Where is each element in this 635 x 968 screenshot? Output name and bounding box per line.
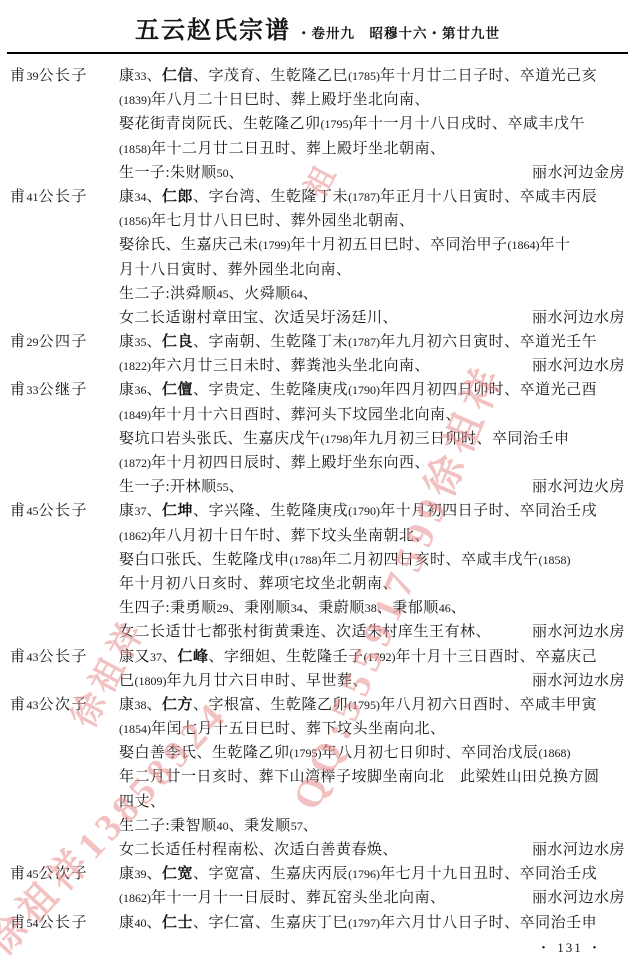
entry-line: 生一子:朱财顺50、丽水河边金房	[119, 161, 627, 185]
entry-line: (1862)年十一月十一日辰时、葬瓦窑头坐北向南、丽水河边水房	[119, 886, 627, 910]
branch-house-label: 丽水河边水房	[532, 354, 627, 378]
entry-line-text: (1856)年七月廿八日巳时、葬外园坐北朝南、	[119, 209, 415, 233]
entry-line-text: 月十八日寅时、葬外园坐北向南、	[119, 258, 352, 282]
entry-label: 甫43公长子	[10, 645, 119, 669]
entries-list: 甫39公长子 康33、仁信、字茂育、生乾隆乙巳(1785)年十月廿二日子时、卒道…	[0, 54, 635, 935]
entry-text: 康37、仁坤、字兴隆、生乾隆庚戌(1790)年十月初四日子时、卒同治壬戌(186…	[119, 499, 627, 644]
entry-label: 甫33公继子	[10, 378, 119, 402]
entry-line-text: (1822)年六月廿三日未时、葬粪池头坐北向南、	[119, 354, 430, 378]
entry-line-text: 娶徐氏、生嘉庆己未(1799)年十月初五日巳时、卒同治甲子(1864)年十	[119, 233, 571, 257]
entry-line: 康39、仁宽、字宽富、生嘉庆丙辰(1796)年七月十九日丑时、卒同治壬戌	[119, 862, 627, 886]
entry-text: 康33、仁信、字茂育、生乾隆乙巳(1785)年十月廿二日子时、卒道光己亥(183…	[119, 64, 627, 185]
entry-line: (1822)年六月廿三日未时、葬粪池头坐北向南、丽水河边水房	[119, 354, 627, 378]
entry-line: 康40、仁士、字仁富、生嘉庆丁巳(1797)年六月廿八日子时、卒同治壬申	[119, 911, 627, 935]
branch-house-label: 丽水河边水房	[532, 669, 627, 693]
genealogy-page: 五云赵氏宗谱・卷卅九 昭穆十六・第廿九世 甫39公长子 康33、仁信、字茂育、生…	[0, 0, 635, 968]
entry-line: 娶坑口岩头张氏、生嘉庆戊午(1798)年九月初三日卯时、卒同治壬申	[119, 427, 627, 451]
entry-line: 年二月廿一日亥时、葬下山湾榉子垵脚坐南向北 此梁姓山田兑换方圆	[119, 765, 627, 789]
entry-line-text: 年二月廿一日亥时、葬下山湾榉子垵脚坐南向北 此梁姓山田兑换方圆	[119, 765, 600, 789]
entry-line-text: (1862)年八月初十日午时、葬下坟头坐南朝北、	[119, 524, 430, 548]
entry-line-text: (1849)年十月十六日酉时、葬河头下坟园坐北向南、	[119, 403, 461, 427]
entry-label: 甫39公长子	[10, 64, 119, 88]
entry-line-text: (1854)年闰七月十五日巳时、葬下坟头坐南向北、	[119, 717, 446, 741]
genealogy-entry: 甫39公长子 康33、仁信、字茂育、生乾隆乙巳(1785)年十月廿二日子时、卒道…	[10, 64, 627, 185]
entry-line-text: 生一子:朱财顺50、	[119, 161, 244, 185]
entry-label: 甫45公长子	[10, 499, 119, 523]
entry-text: 康35、仁良、字南朝、生乾隆丁未(1787)年九月初六日寅时、卒道光壬午(182…	[119, 330, 627, 378]
entry-line-text: (1839)年八月二十日巳时、葬上殿圩坐北向南、	[119, 88, 430, 112]
entry-text: 康34、仁郎、字台湾、生乾隆丁未(1787)年正月十八日寅时、卒咸丰丙辰(185…	[119, 185, 627, 330]
entry-line-text: (1872)年十月初四日辰时、葬上殿圩坐东向西、	[119, 451, 430, 475]
entry-line-text: 娶白善李氏、生乾隆乙卯(1795)年八月初七日卯时、卒同治戊辰(1868)	[119, 741, 571, 765]
entry-line-text: 康36、仁儃、字贵定、生乾隆庚戌(1790)年四月初四日卯时、卒道光己酉	[119, 378, 597, 402]
genealogy-entry: 甫45公长子 康37、仁坤、字兴隆、生乾隆庚戌(1790)年十月初四日子时、卒同…	[10, 499, 627, 644]
page-subtitle: ・卷卅九 昭穆十六・第廿九世	[297, 26, 500, 41]
genealogy-entry: 甫54公长子 康40、仁士、字仁富、生嘉庆丁巳(1797)年六月廿八日子时、卒同…	[10, 911, 627, 935]
entry-line-text: 生二子:秉智顺40、秉发顺57、	[119, 814, 318, 838]
entry-line: 娶白善李氏、生乾隆乙卯(1795)年八月初七日卯时、卒同治戊辰(1868)	[119, 741, 627, 765]
entry-line: 四丈、	[119, 790, 627, 814]
entry-line: 生四子:秉勇顺29、秉刚顺34、秉蔚顺38、秉郁顺46、	[119, 596, 627, 620]
genealogy-entry: 甫43公长子 康又37、仁峰、字细妲、生乾隆壬子(1792)年十月十三日酉时、卒…	[10, 645, 627, 693]
entry-line: 康38、仁方、字根富、生乾隆乙卯(1795)年八月初六日酉时、卒咸丰甲寅	[119, 693, 627, 717]
entry-line: (1858)年十二月廿二日丑时、葬上殿圩坐北朝南、	[119, 137, 627, 161]
entry-line: (1872)年十月初四日辰时、葬上殿圩坐东向西、	[119, 451, 627, 475]
entry-line-text: 康37、仁坤、字兴隆、生乾隆庚戌(1790)年十月初四日子时、卒同治壬戌	[119, 499, 597, 523]
entry-text: 康36、仁儃、字贵定、生乾隆庚戌(1790)年四月初四日卯时、卒道光己酉(184…	[119, 378, 627, 499]
genealogy-entry: 甫29公四子 康35、仁良、字南朝、生乾隆丁未(1787)年九月初六日寅时、卒道…	[10, 330, 627, 378]
page-title: 五云赵氏宗谱	[135, 18, 291, 44]
entry-label: 甫29公四子	[10, 330, 119, 354]
entry-line: 年十月初八日亥时、葬项宅坟坐北朝南、	[119, 572, 627, 596]
entry-text: 康39、仁宽、字宽富、生嘉庆丙辰(1796)年七月十九日丑时、卒同治壬戌(186…	[119, 862, 627, 910]
page-number: ・ 131 ・	[537, 937, 603, 956]
entry-line: 生二子:洪舜顺45、火舜顺64、	[119, 282, 627, 306]
entry-line: 娶徐氏、生嘉庆己未(1799)年十月初五日巳时、卒同治甲子(1864)年十	[119, 233, 627, 257]
entry-line: 巳(1809)年九月廿六日申时、早世葬、丽水河边水房	[119, 669, 627, 693]
entry-line-text: 四丈、	[119, 790, 166, 814]
genealogy-entry: 甫41公长子 康34、仁郎、字台湾、生乾隆丁未(1787)年正月十八日寅时、卒咸…	[10, 185, 627, 330]
entry-line: 生一子:开林顺55、丽水河边火房	[119, 475, 627, 499]
entry-line-text: 康又37、仁峰、字细妲、生乾隆壬子(1792)年十月十三日酉时、卒嘉庆己	[119, 645, 597, 669]
entry-line-text: 康34、仁郎、字台湾、生乾隆丁未(1787)年正月十八日寅时、卒咸丰丙辰	[119, 185, 597, 209]
entry-line: 康35、仁良、字南朝、生乾隆丁未(1787)年九月初六日寅时、卒道光壬午	[119, 330, 627, 354]
entry-line: 女二长适谢村章田宝、次适吴圩汤廷川、丽水河边水房	[119, 306, 627, 330]
entry-line: 生二子:秉智顺40、秉发顺57、	[119, 814, 627, 838]
entry-line-text: 娶花街青岗阮氏、生乾隆乙卯(1795)年十一月十八日戌时、卒咸丰戊午	[119, 112, 585, 136]
genealogy-entry: 甫45公次子 康39、仁宽、字宽富、生嘉庆丙辰(1796)年七月十九日丑时、卒同…	[10, 862, 627, 910]
entry-line: 女二长适任村程南松、次适白善黄春焕、丽水河边水房	[119, 838, 627, 862]
entry-line-text: 女二长适任村程南松、次适白善黄春焕、	[119, 838, 398, 862]
branch-house-label: 丽水河边火房	[532, 475, 627, 499]
entry-text: 康38、仁方、字根富、生乾隆乙卯(1795)年八月初六日酉时、卒咸丰甲寅(185…	[119, 693, 627, 862]
branch-house-label: 丽水河边水房	[532, 620, 627, 644]
entry-line-text: (1858)年十二月廿二日丑时、葬上殿圩坐北朝南、	[119, 137, 446, 161]
entry-line-text: 康39、仁宽、字宽富、生嘉庆丙辰(1796)年七月十九日丑时、卒同治壬戌	[119, 862, 597, 886]
entry-line: 康36、仁儃、字贵定、生乾隆庚戌(1790)年四月初四日卯时、卒道光己酉	[119, 378, 627, 402]
entry-text: 康又37、仁峰、字细妲、生乾隆壬子(1792)年十月十三日酉时、卒嘉庆己巳(18…	[119, 645, 627, 693]
entry-line: 娶花街青岗阮氏、生乾隆乙卯(1795)年十一月十八日戌时、卒咸丰戊午	[119, 112, 627, 136]
entry-line-text: 年十月初八日亥时、葬项宅坟坐北朝南、	[119, 572, 398, 596]
branch-house-label: 丽水河边水房	[532, 306, 627, 330]
entry-line: (1862)年八月初十日午时、葬下坟头坐南朝北、	[119, 524, 627, 548]
entry-line-text: 生一子:开林顺55、	[119, 475, 244, 499]
entry-line-text: 康40、仁士、字仁富、生嘉庆丁巳(1797)年六月廿八日子时、卒同治壬申	[119, 911, 597, 935]
entry-text: 康40、仁士、字仁富、生嘉庆丁巳(1797)年六月廿八日子时、卒同治壬申	[119, 911, 627, 935]
entry-line: 月十八日寅时、葬外园坐北向南、	[119, 258, 627, 282]
entry-line: 康37、仁坤、字兴隆、生乾隆庚戌(1790)年十月初四日子时、卒同治壬戌	[119, 499, 627, 523]
entry-line-text: 女二长适谢村章田宝、次适吴圩汤廷川、	[119, 306, 398, 330]
branch-house-label: 丽水河边水房	[532, 838, 627, 862]
entry-line: (1856)年七月廿八日巳时、葬外园坐北朝南、	[119, 209, 627, 233]
branch-house-label: 丽水河边水房	[532, 886, 627, 910]
entry-line-text: (1862)年十一月十一日辰时、葬瓦窑头坐北向南、	[119, 886, 446, 910]
entry-line: 康34、仁郎、字台湾、生乾隆丁未(1787)年正月十八日寅时、卒咸丰丙辰	[119, 185, 627, 209]
entry-line-text: 生二子:洪舜顺45、火舜顺64、	[119, 282, 318, 306]
entry-line-text: 康38、仁方、字根富、生乾隆乙卯(1795)年八月初六日酉时、卒咸丰甲寅	[119, 693, 597, 717]
entry-line: (1849)年十月十六日酉时、葬河头下坟园坐北向南、	[119, 403, 627, 427]
entry-line: 康33、仁信、字茂育、生乾隆乙巳(1785)年十月廿二日子时、卒道光己亥	[119, 64, 627, 88]
entry-line: 女二长适廿七都张村街黄秉连、次适朱村庠生王有林、丽水河边水房	[119, 620, 627, 644]
page-header: 五云赵氏宗谱・卷卅九 昭穆十六・第廿九世	[0, 0, 635, 45]
entry-line: 康又37、仁峰、字细妲、生乾隆壬子(1792)年十月十三日酉时、卒嘉庆己	[119, 645, 627, 669]
entry-line-text: 康35、仁良、字南朝、生乾隆丁未(1787)年九月初六日寅时、卒道光壬午	[119, 330, 597, 354]
entry-line: 娶白口张氏、生乾隆戊申(1788)年二月初四日亥时、卒咸丰戊午(1858)	[119, 548, 627, 572]
entry-line-text: 女二长适廿七都张村街黄秉连、次适朱村庠生王有林、	[119, 620, 491, 644]
entry-label: 甫45公次子	[10, 862, 119, 886]
entry-line: (1839)年八月二十日巳时、葬上殿圩坐北向南、	[119, 88, 627, 112]
entry-line-text: 娶白口张氏、生乾隆戊申(1788)年二月初四日亥时、卒咸丰戊午(1858)	[119, 548, 571, 572]
entry-line-text: 生四子:秉勇顺29、秉刚顺34、秉蔚顺38、秉郁顺46、	[119, 596, 466, 620]
genealogy-entry: 甫33公继子 康36、仁儃、字贵定、生乾隆庚戌(1790)年四月初四日卯时、卒道…	[10, 378, 627, 499]
entry-label: 甫54公长子	[10, 911, 119, 935]
entry-line-text: 康33、仁信、字茂育、生乾隆乙巳(1785)年十月廿二日子时、卒道光己亥	[119, 64, 597, 88]
entry-line-text: 巳(1809)年九月廿六日申时、早世葬、	[119, 669, 368, 693]
entry-line-text: 娶坑口岩头张氏、生嘉庆戊午(1798)年九月初三日卯时、卒同治壬申	[119, 427, 570, 451]
entry-label: 甫43公次子	[10, 693, 119, 717]
entry-label: 甫41公长子	[10, 185, 119, 209]
entry-line: (1854)年闰七月十五日巳时、葬下坟头坐南向北、	[119, 717, 627, 741]
branch-house-label: 丽水河边金房	[532, 161, 627, 185]
genealogy-entry: 甫43公次子 康38、仁方、字根富、生乾隆乙卯(1795)年八月初六日酉时、卒咸…	[10, 693, 627, 862]
